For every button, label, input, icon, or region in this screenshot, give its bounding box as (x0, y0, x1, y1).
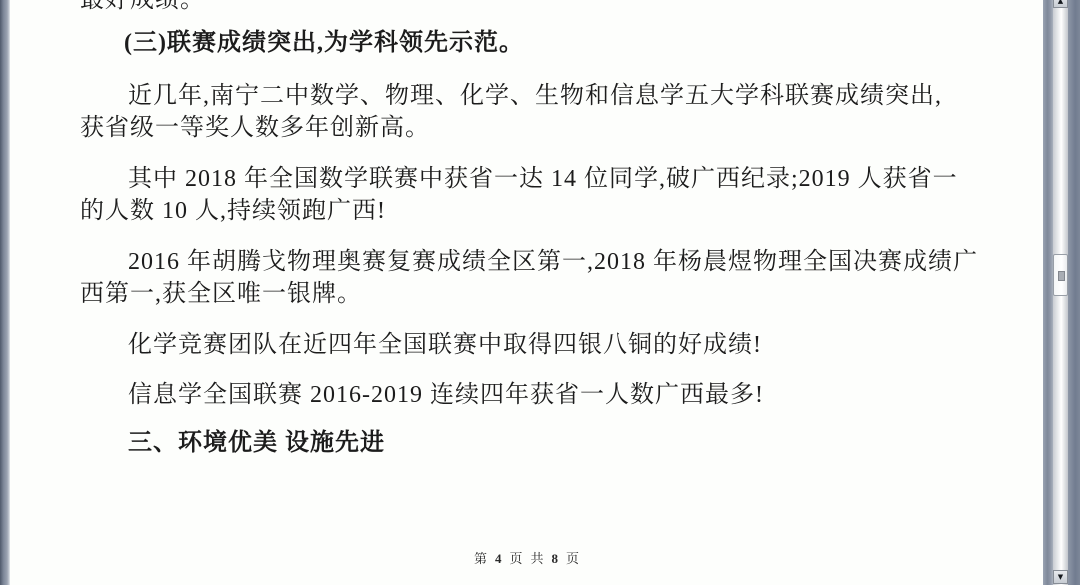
footer-label-ye2: 页 (566, 548, 579, 567)
window-right-edge (1068, 0, 1080, 585)
text-line: 的人数 10 人,持续领跑广西! (80, 198, 386, 224)
text-line-clipped: 最好成绩。 (80, 0, 205, 13)
footer-page-indicator: 第4页共8页 (10, 548, 1043, 567)
footer-page-number: 4 (495, 551, 502, 567)
scroll-up-icon: ▲ (1058, 0, 1063, 5)
text-line: 西第一,获全区唯一银牌。 (80, 281, 362, 307)
text-line: 其中 2018 年全国数学联赛中获省一达 14 位同学,破广西纪录;2019 人… (128, 166, 958, 192)
app-window: { "document": { "lines": [ { "text": "最好… (0, 0, 1080, 585)
section-heading-3: (三)联赛成绩突出,为学科领先示范。 (124, 30, 524, 56)
footer-total-pages: 8 (552, 551, 559, 567)
scroll-down-button[interactable]: ▼ (1053, 570, 1068, 584)
scroll-down-icon: ▼ (1058, 574, 1063, 581)
text-line: 信息学全国联赛 2016-2019 连续四年获省一人数广西最多! (128, 382, 764, 408)
scroll-thumb[interactable] (1053, 254, 1068, 296)
footer-label-gong: 共 (531, 548, 544, 567)
text-line: 化学竞赛团队在近四年全国联赛中取得四银八铜的好成绩! (128, 332, 762, 358)
text-line: 获省级一等奖人数多年创新高。 (80, 115, 430, 141)
footer-label-ye1: 页 (509, 548, 522, 567)
scrollbar: ▲ ▼ (1043, 0, 1080, 585)
scrollbar-left-chrome (1043, 0, 1053, 585)
text-line: 2016 年胡腾戈物理奥赛复赛成绩全区第一,2018 年杨晨煜物理全国决赛成绩广 (128, 249, 978, 275)
chapter-heading-3: 三、环境优美 设施先进 (128, 430, 385, 456)
window-left-edge (0, 0, 10, 585)
text-line: 近几年,南宁二中数学、物理、化学、生物和信息学五大学科联赛成绩突出, (128, 83, 942, 109)
document-page: 最好成绩。 (三)联赛成绩突出,为学科领先示范。 近几年,南宁二中数学、物理、化… (10, 0, 1043, 585)
scroll-thumb-grip-icon (1058, 271, 1065, 281)
scroll-up-button[interactable]: ▲ (1053, 0, 1068, 8)
footer-label-di: 第 (474, 548, 487, 567)
